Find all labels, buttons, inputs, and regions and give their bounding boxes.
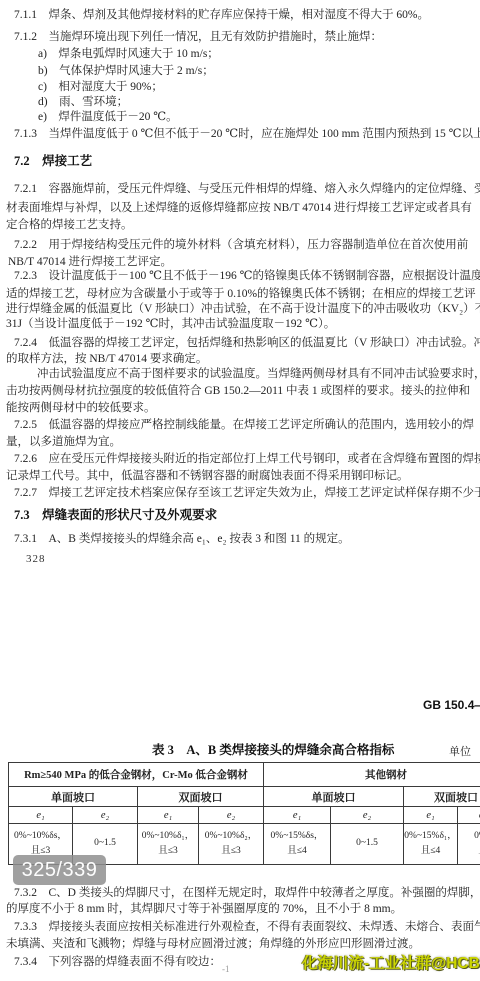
doc-line-7-2-3: 7.2.3 设计温度低于－100 ℃且不低于－196 ℃的铬镍奥氏体不锈钢制容器…: [14, 269, 480, 283]
doc-list-item-b: b) 气体保护焊时风速大于 2 m/s；: [38, 64, 214, 78]
doc-line-7-3-2: 7.3.2 C、D 类接头的焊脚尺寸，在图样无规定时，取焊件中较薄者之厚度。补强…: [14, 886, 480, 900]
scan-artifact: -1: [222, 964, 230, 974]
section-heading-7-2: 7.2 焊接工艺: [14, 154, 92, 168]
doc-line-7-3-1: 7.3.1 A、B 类焊接接头的焊缝余高 e₁、e₂ 按表 3 和图 11 的规…: [14, 532, 350, 546]
watermark: 化海川流-工业社群@HCBBS: [302, 951, 480, 973]
doc-line: 材表面堆焊与补焊，以及上述焊缝的返修焊缝都应按 NB/T 47014 进行焊接工…: [6, 201, 472, 215]
doc-line: 定合格的焊接工艺支持。: [6, 218, 133, 232]
doc-list-item-a: a) 焊条电弧焊时风速大于 10 m/s；: [38, 47, 219, 61]
doc-line: 31J（当设计温度低于－192 ℃时，其冲击试验温度取－192 ℃）。: [6, 317, 335, 331]
section-heading-7-3: 7.3 焊缝表面的形状尺寸及外观要求: [14, 508, 217, 522]
table-cell: 0%~ 且: [458, 824, 480, 865]
table3-title: 表 3 A、B 类焊接接头的焊缝余高合格指标: [152, 740, 394, 758]
table-groove-header: 双面坡口: [138, 787, 264, 807]
table-group-header: Rm≥540 MPa 的低合金钢材，Cr-Mo 低合金钢材: [9, 763, 264, 787]
table3: Rm≥540 MPa 的低合金钢材，Cr-Mo 低合金钢材 其他钢材 单面坡口 …: [8, 762, 480, 865]
doc-line: 击功按两侧母材抗拉强度的较低值符合 GB 150.2—2011 中表 1 或图样…: [6, 384, 470, 398]
table3-unit-label: 单位: [449, 743, 471, 759]
table-col-header: e₁: [404, 807, 458, 824]
doc-line-7-2-4: 7.2.4 低温容器的焊接工艺评定，包括焊缝和热影响区的低温夏比（V 形缺口）冲…: [14, 336, 480, 350]
doc-list-item-c: c) 相对湿度大于 90%；: [38, 80, 163, 94]
table-groove-header: 单面坡口: [9, 787, 138, 807]
page-number-328: 328: [26, 552, 46, 566]
doc-line: 记录焊工代号。其中，低温容器和不锈钢容器的耐腐蚀表面不得采用钢印标记。: [6, 469, 409, 483]
doc-line-7-1-1: 7.1.1 焊条、焊剂及其他焊接材料的贮存库应保持干燥，相对湿度不得大于 60%…: [14, 8, 429, 22]
doc-line: 能按两侧母材中的较低要求。: [6, 401, 156, 415]
table-col-header: e₁: [264, 807, 331, 824]
doc-line-7-2-1: 7.2.1 容器施焊前，受压元件焊缝、与受压元件相焊的焊缝、熔入永久焊缝内的定位…: [14, 182, 480, 196]
doc-line-7-3-3: 7.3.3 焊接接头表面应按相关标准进行外观检查，不得有表面裂纹、未焊透、未熔合…: [14, 920, 480, 934]
table-cell: 0%~15%δ₁， 且≤4: [404, 824, 458, 865]
scanned-document-page: 7.1.1 焊条、焊剂及其他焊接材料的贮存库应保持干燥，相对湿度不得大于 60%…: [0, 0, 480, 981]
doc-line: 的厚度不小于 8 mm 时，其焊脚尺寸等于补强圈厚度的 70%，且不小于 8 m…: [6, 902, 402, 916]
doc-line-7-3-4: 7.3.4 下列容器的焊缝表面不得有咬边：: [14, 955, 221, 969]
table-col-header: e₂: [73, 807, 138, 824]
table-cell: 0%~15%δs， 且≤4: [264, 824, 331, 865]
doc-line: 的取样方法，按 NB/T 47014 要求确定。: [6, 352, 207, 366]
table-cell: 0~1.5: [331, 824, 404, 865]
doc-list-item-d: d) 雨、雪环境；: [38, 95, 128, 109]
doc-list-item-e: e) 焊件温度低于－20 ℃。: [38, 110, 178, 124]
doc-line-indent: 冲击试验温度应不高于图样要求的试验温度。当焊缝两侧母材具有不同冲击试验要求时，: [37, 367, 480, 381]
doc-line-7-1-3: 7.1.3 当焊件温度低于 0 ℃但不低于－20 ℃时，应在施焊处 100 mm…: [14, 127, 480, 141]
doc-line-7-2-2: 7.2.2 用于焊接结构受压元件的境外材料（含填充材料），压力容器制造单位在首次…: [14, 238, 468, 252]
page-indicator-badge: 325/339: [13, 855, 106, 885]
table-col-header: e₂: [458, 807, 480, 824]
doc-line-7-2-7: 7.2.7 焊接工艺评定技术档案应保存至该工艺评定失效为止，焊接工艺评定试样保存…: [14, 486, 480, 500]
doc-line: 未填满、夹渣和飞溅物；焊缝与母材应圆滑过渡；角焊缝的外形应凹形圆滑过渡。: [6, 937, 420, 951]
table-groove-header: 双面坡口: [404, 787, 480, 807]
doc-line: 进行焊缝金属的低温夏比（V 形缺口）冲击试验，在不高于设计温度下的冲击吸收功（K…: [6, 302, 480, 316]
table-cell: 0%~10%δ₂， 且≤3: [199, 824, 264, 865]
table-cell: 0%~10%δ₁， 且≤3: [138, 824, 199, 865]
doc-line: 适的焊接工艺，母材应为含碳量小于或等于 0.10%的铬镍奥氏体不锈钢；在相应的焊…: [6, 287, 476, 301]
doc-line-7-2-5: 7.2.5 低温容器的焊接应严格控制线能量。在焊接工艺评定所确认的范围内，选用较…: [14, 418, 474, 432]
table-col-header: e₂: [199, 807, 264, 824]
doc-line: 量，以多道施焊为宜。: [6, 435, 121, 449]
table-col-header: e₁: [9, 807, 73, 824]
table-col-header: e₂: [331, 807, 404, 824]
doc-line: NB/T 47014 进行焊接工艺评定。: [8, 255, 172, 269]
doc-line-7-1-2: 7.1.2 当施焊环境出现下列任一情况，且无有效防护措施时，禁止施焊：: [14, 30, 382, 44]
table-col-header: e₁: [138, 807, 199, 824]
standard-code-header: GB 150.4—: [423, 698, 480, 712]
doc-line-7-2-6: 7.2.6 应在受压元件焊接接头附近的指定部位打上焊工代号钢印，或者在含焊缝布置…: [14, 452, 480, 466]
table-group-header: 其他钢材: [264, 763, 480, 787]
table-groove-header: 单面坡口: [264, 787, 404, 807]
